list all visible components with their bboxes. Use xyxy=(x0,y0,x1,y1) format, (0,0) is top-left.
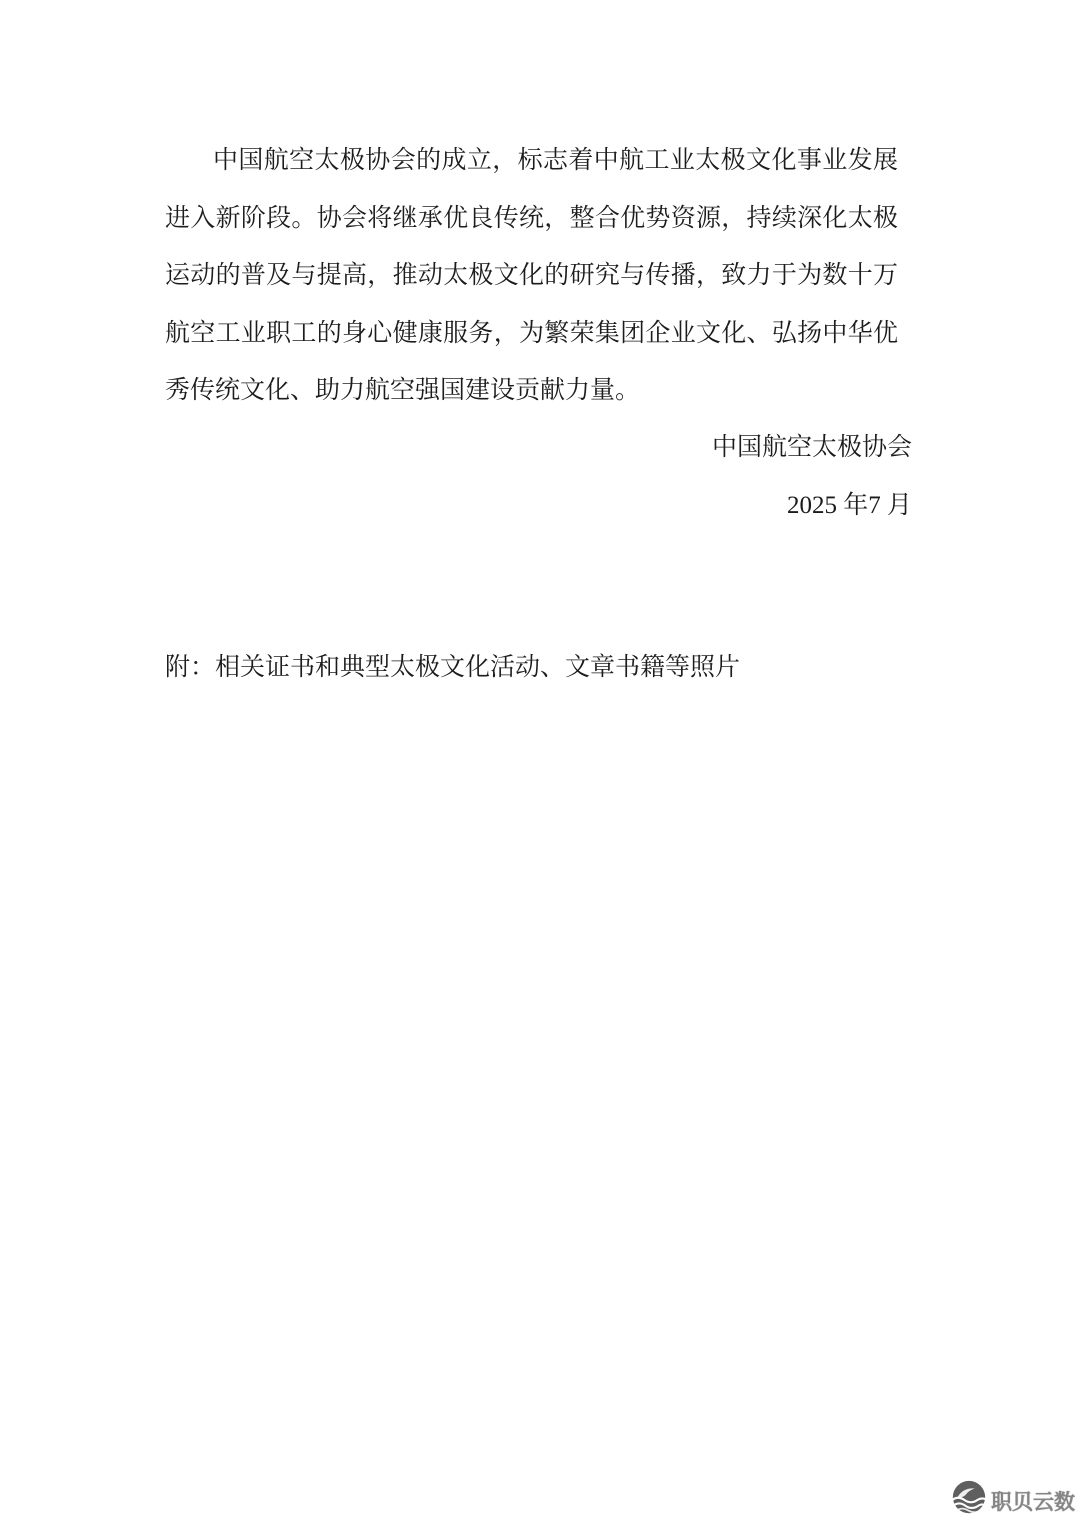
signature-block: 中国航空太极协会 2025 年7 月 xyxy=(165,419,912,534)
body-paragraph: 中国航空太极协会的成立，标志着中航工业太极文化事业发展 进入新阶段。协会将继承优… xyxy=(165,132,898,420)
document-page: 中国航空太极协会的成立，标志着中航工业太极文化事业发展 进入新阶段。协会将继承优… xyxy=(0,0,1080,1527)
paragraph-line: 进入新阶段。协会将继承优良传统，整合优势资源，持续深化太极 xyxy=(165,190,898,248)
paragraph-line: 秀传统文化、助力航空强国建设贡献力量。 xyxy=(165,362,898,420)
paragraph-line: 运动的普及与提高，推动太极文化的研究与传播，致力于为数十万 xyxy=(165,247,898,305)
attachment-note: 附：相关证书和典型太极文化活动、文章书籍等照片 xyxy=(165,639,925,697)
watermark-text: 职贝云数 xyxy=(991,1486,1075,1516)
signature-date: 2025 年7 月 xyxy=(165,477,912,535)
paragraph-line: 航空工业职工的身心健康服务，为繁荣集团企业文化、弘扬中华优 xyxy=(165,305,898,363)
signature-org: 中国航空太极协会 xyxy=(165,419,912,477)
paragraph-line: 中国航空太极协会的成立，标志着中航工业太极文化事业发展 xyxy=(165,132,898,190)
watermark: 职贝云数 xyxy=(950,1478,1075,1523)
wave-circle-logo-icon xyxy=(950,1478,988,1523)
